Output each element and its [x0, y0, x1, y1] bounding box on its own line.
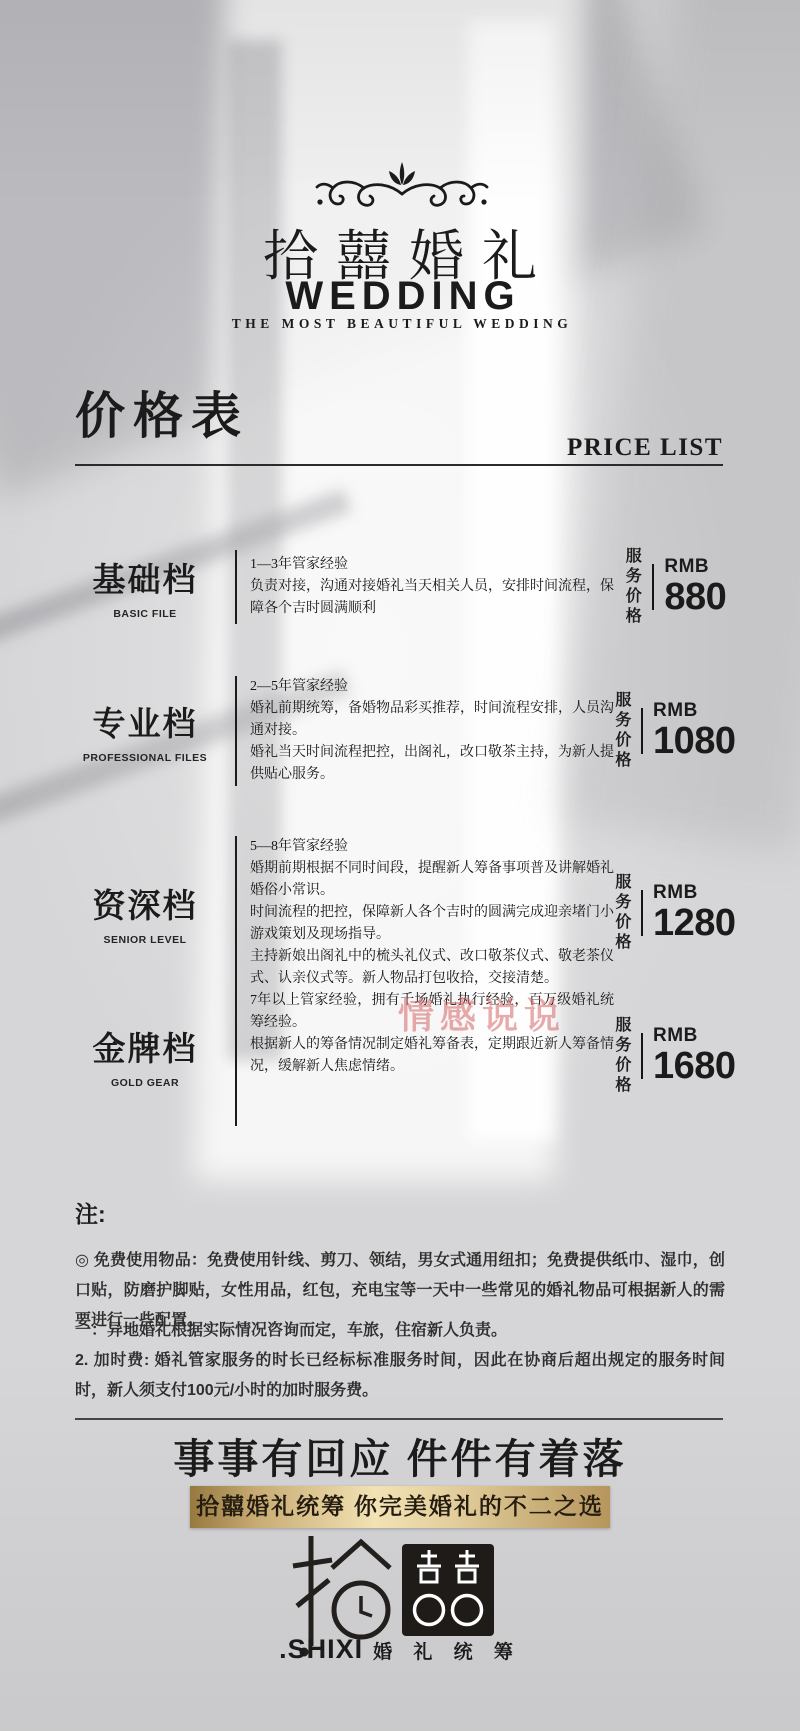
service-label-line2: 价格	[614, 913, 632, 953]
currency-label: RMB	[664, 557, 727, 576]
tier-name: 专业档	[75, 698, 215, 745]
tier-label: 金牌档 GOLD GEAR	[75, 1023, 215, 1089]
poster-page: 拾囍婚礼 WEDDING THE MOST BEAUTIFUL WEDDING …	[0, 0, 800, 1731]
tier-row-senior: 资深档 SENIOR LEVEL 5—8年管家经验 婚期前期根据不同时间段，提醒…	[75, 836, 723, 990]
footer-gold-banner: 拾囍婚礼统筹 你完美婚礼的不二之选	[190, 1486, 610, 1528]
tier-name-en: GOLD GEAR	[75, 1077, 215, 1089]
price-value: 880	[664, 578, 727, 618]
tier-name-en: SENIOR LEVEL	[75, 934, 215, 946]
price-column: RMB 1080	[653, 701, 727, 762]
tier-label: 专业档 PROFESSIONAL FILES	[75, 698, 215, 764]
price-divider-bar	[652, 564, 655, 610]
price-column: RMB 1680	[653, 1026, 727, 1087]
price-block: 服务 价格 RMB 1280	[614, 873, 727, 953]
price-column: RMB 1280	[653, 883, 727, 944]
service-price-label: 服务 价格	[614, 691, 632, 771]
price-list-title-en: PRICE LIST	[567, 434, 723, 462]
tier-label: 资深档 SENIOR LEVEL	[75, 880, 215, 946]
logo-wordmark: .SHIXI 婚 礼 统 筹	[0, 1634, 800, 1665]
notes-heading: 注:	[75, 1196, 106, 1229]
tier-name-en: BASIC FILE	[75, 608, 215, 620]
tier-description: 2—5年管家经验 婚礼前期统筹，备婚物品彩买推荐，时间流程安排，人员沟通对接。 …	[250, 676, 614, 786]
price-value: 1680	[653, 1047, 727, 1087]
tier-row-professional: 专业档 PROFESSIONAL FILES 2—5年管家经验 婚礼前期统筹，备…	[75, 676, 723, 786]
service-price-label: 服务 价格	[614, 873, 632, 953]
header-rule	[75, 464, 723, 466]
service-label-line1: 服务	[614, 1016, 632, 1056]
tier-name: 金牌档	[75, 1023, 215, 1070]
price-value: 1080	[653, 722, 727, 762]
tier-divider	[235, 836, 237, 990]
footer-rule	[75, 1418, 723, 1420]
tier-name: 基础档	[75, 554, 215, 601]
service-price-label: 服务 价格	[614, 547, 643, 627]
price-list-title: 价格表	[75, 376, 249, 448]
price-block: 服务 价格 RMB 1080	[614, 691, 727, 771]
service-label-line2: 价格	[614, 1056, 632, 1096]
service-label-line1: 服务	[614, 547, 643, 587]
logo-xi-square-icon	[402, 1544, 494, 1636]
footer-slogan: 事事有回应 件件有着落	[0, 1426, 800, 1485]
price-divider-bar	[641, 708, 643, 754]
tier-name: 资深档	[75, 880, 215, 927]
service-label-line2: 价格	[614, 731, 632, 771]
tier-divider	[235, 676, 237, 786]
price-block: 服务 价格 RMB 880	[614, 547, 727, 627]
tier-divider	[235, 550, 237, 624]
currency-label: RMB	[653, 1026, 727, 1045]
logo-wordmark-cn: 婚 礼 统 筹	[373, 1637, 521, 1664]
tier-row-basic: 基础档 BASIC FILE 1—3年管家经验 负责对接，沟通对接婚礼当天相关人…	[75, 550, 723, 624]
price-block: 服务 价格 RMB 1680	[614, 1016, 727, 1096]
brand-subtitle: WEDDING	[0, 274, 800, 319]
service-label-line2: 价格	[614, 587, 643, 627]
brand-tagline: THE MOST BEAUTIFUL WEDDING	[0, 316, 800, 332]
price-divider-bar	[641, 1033, 643, 1079]
site-watermark: 情感说说	[398, 988, 566, 1039]
price-divider-bar	[641, 890, 643, 936]
note-item: 一：异地婚礼根据实际情况咨询而定，车旅，住宿新人负责。	[75, 1316, 725, 1346]
currency-label: RMB	[653, 701, 727, 720]
service-price-label: 服务 价格	[614, 1016, 632, 1096]
tier-name-en: PROFESSIONAL FILES	[75, 752, 215, 764]
service-label-line1: 服务	[614, 873, 632, 913]
tier-label: 基础档 BASIC FILE	[75, 554, 215, 620]
logo-wordmark-latin: .SHIXI	[279, 1634, 363, 1665]
note-item: 2. 加时费: 婚礼管家服务的时长已经标标准服务时间，因此在协商后超出规定的服务…	[75, 1346, 725, 1406]
tier-divider	[235, 986, 237, 1126]
service-label-line1: 服务	[614, 691, 632, 731]
tier-description: 1—3年管家经验 负责对接，沟通对接婚礼当天相关人员，安排时间流程，保障各个吉时…	[250, 554, 614, 620]
price-value: 1280	[653, 904, 727, 944]
tier-description: 5—8年管家经验 婚期前期根据不同时间段，提醒新人筹备事项普及讲解婚礼婚俗小常识…	[250, 836, 614, 990]
currency-label: RMB	[653, 883, 727, 902]
price-column: RMB 880	[664, 557, 727, 618]
